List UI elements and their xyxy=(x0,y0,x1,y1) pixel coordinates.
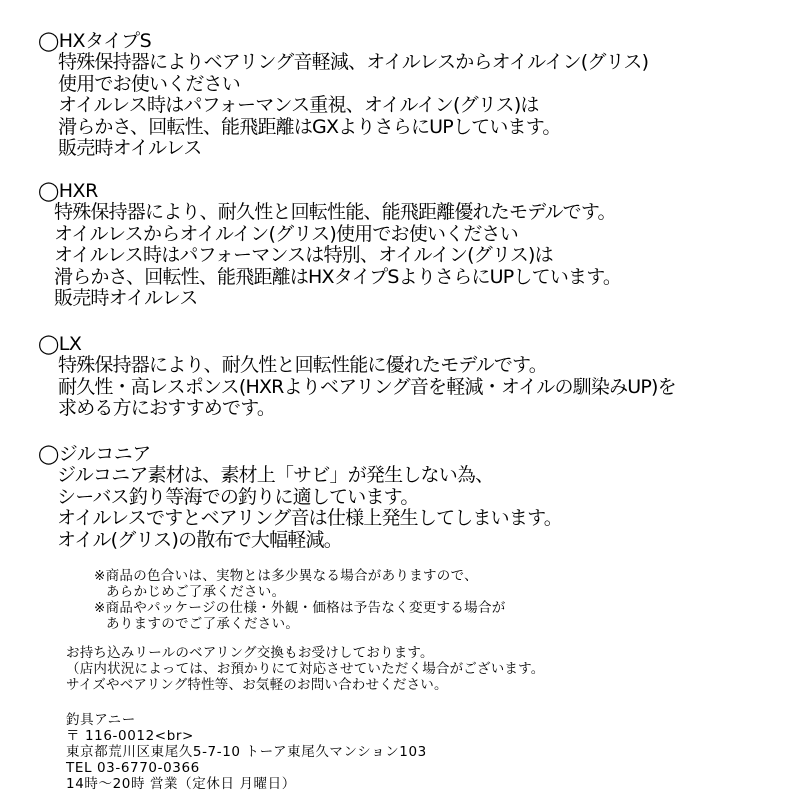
section-line: オイル(グリス)の散布で大幅軽減。 xyxy=(38,530,562,552)
section-title: ◯HXタイプS xyxy=(38,30,648,52)
section-line: オイルレスですとベアリング音は仕様上発生してしまいます。 xyxy=(38,508,562,530)
section-line: 求める方におすすめです。 xyxy=(38,398,676,420)
section-line: オイルレス時はパフォーマンスは特別、オイルイン(グリス)は xyxy=(38,245,621,267)
section-line: シーバス釣り等海での釣りに適しています。 xyxy=(38,487,562,509)
note-line: あらかじめご了承ください。 xyxy=(94,584,506,600)
disclaimer-notes: ※商品の色合いは、実物とは多少異なる場合がありますので、 あらかじめご了承くださ… xyxy=(94,568,506,632)
section-line: オイルレスからオイルイン(グリス)使用でお使いください xyxy=(38,224,621,246)
service-line: お持ち込みリールのベアリング交換もお受けしております。 xyxy=(66,645,544,661)
shop-phone: TEL 03-6770-0366 xyxy=(66,760,427,776)
section-line: 販売時オイルレス xyxy=(38,138,648,160)
section-hxr: ◯HXR 特殊保持器により、耐久性と回転性能、能飛距離優れたモデルです。 オイル… xyxy=(38,180,621,310)
shop-address: 東京都荒川区東尾久5-7-10 トーア東尾久マンション103 xyxy=(66,744,427,760)
section-line: 特殊保持器により、耐久性と回転性能、能飛距離優れたモデルです。 xyxy=(38,202,621,224)
shop-info: 釣具アニー 〒 116-0012<br> 東京都荒川区東尾久5-7-10 トーア… xyxy=(66,712,427,792)
service-line: サイズやベアリング特性等、お気軽のお問い合わせください。 xyxy=(66,677,544,693)
shop-name: 釣具アニー xyxy=(66,712,427,728)
section-title: ◯ジルコニア xyxy=(38,443,562,465)
section-zirconia: ◯ジルコニア ジルコニア素材は、素材上「サビ」が発生しない為、 シーバス釣り等海… xyxy=(38,443,562,551)
section-line: 滑らかさ、回転性、能飛距離はGXよりさらにUPしています。 xyxy=(38,117,648,139)
section-line: 特殊保持器によりベアリング音軽減、オイルレスからオイルイン(グリス) xyxy=(38,52,648,74)
note-line: ありますのでご了承ください。 xyxy=(94,616,506,632)
section-line: 特殊保持器により、耐久性と回転性能に優れたモデルです。 xyxy=(38,355,676,377)
section-hx-type-s: ◯HXタイプS 特殊保持器によりベアリング音軽減、オイルレスからオイルイン(グリ… xyxy=(38,30,648,160)
section-line: 滑らかさ、回転性、能飛距離はHXタイプSよりさらにUPしています。 xyxy=(38,267,621,289)
section-title: ◯LX xyxy=(38,333,676,355)
shop-postal-code: 〒 116-0012<br> xyxy=(66,728,427,744)
bearing-service-info: お持ち込みリールのベアリング交換もお受けしております。 （店内状況によっては、お… xyxy=(66,645,544,693)
section-line: ジルコニア素材は、素材上「サビ」が発生しない為、 xyxy=(38,465,562,487)
note-line: ※商品の色合いは、実物とは多少異なる場合がありますので、 xyxy=(94,568,506,584)
section-line: オイルレス時はパフォーマンス重視、オイルイン(グリス)は xyxy=(38,95,648,117)
section-line: 販売時オイルレス xyxy=(38,288,621,310)
section-lx: ◯LX 特殊保持器により、耐久性と回転性能に優れたモデルです。 耐久性・高レスポ… xyxy=(38,333,676,420)
note-line: ※商品やパッケージの仕様・外観・価格は予告なく変更する場合が xyxy=(94,600,506,616)
section-line: 耐久性・高レスポンス(HXRよりベアリング音を軽減・オイルの馴染みUP)を xyxy=(38,377,676,399)
service-line: （店内状況によっては、お預かりにて対応させていただく場合がございます。 xyxy=(66,661,544,677)
shop-hours: 14時～20時 営業（定休日 月曜日） xyxy=(66,776,427,792)
section-line: 使用でお使いください xyxy=(38,74,648,96)
section-title: ◯HXR xyxy=(38,180,621,202)
